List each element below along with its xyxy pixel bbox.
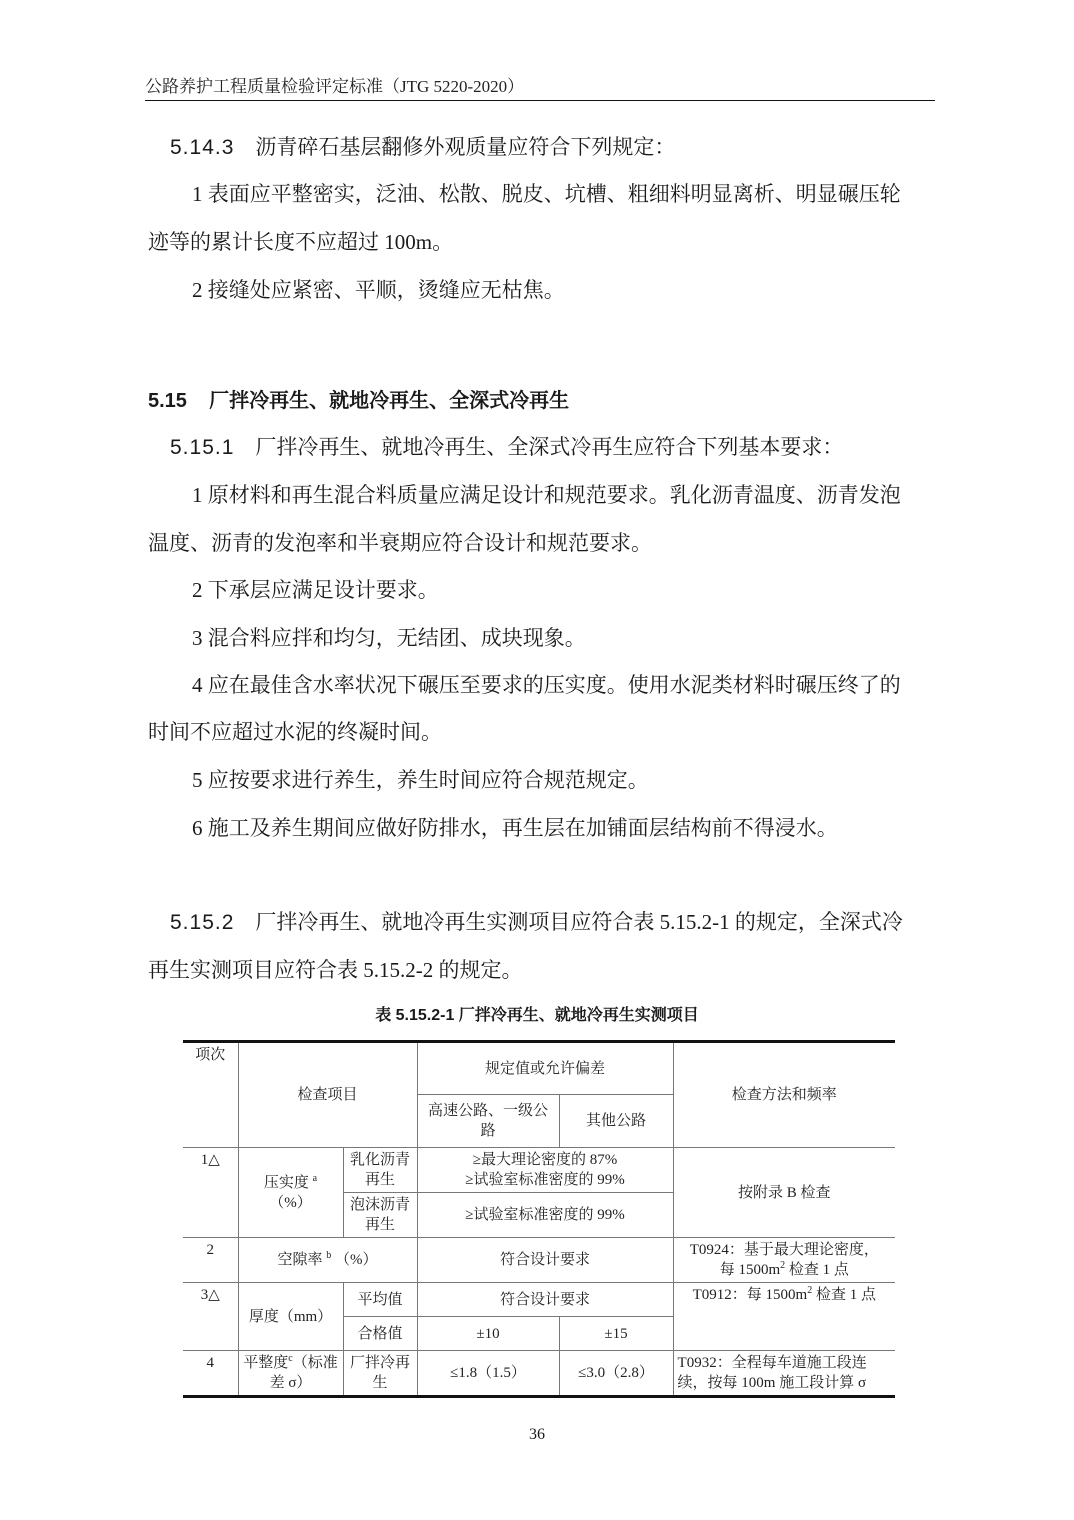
row-2-item-unit: （%） xyxy=(335,1252,378,1268)
clause-number: 5.15.1 xyxy=(170,436,234,459)
header-other-road: 其他公路 xyxy=(559,1095,673,1148)
row-3-sub-1-value: 符合设计要求 xyxy=(417,1283,673,1317)
clause-number: 5.14.3 xyxy=(170,136,234,159)
row-3-sub-1: 平均值 xyxy=(343,1283,417,1317)
row-1-sub-2-value: ≥试验室标准密度的 99% xyxy=(417,1193,673,1238)
row-2-value: 符合设计要求 xyxy=(417,1238,673,1283)
paragraph-line: 6 施工及养生期间应做好防排水，再生层在加铺面层结构前不得浸水。 xyxy=(192,814,838,842)
row-2-item: 空隙率 b （%） xyxy=(238,1238,417,1283)
row-3-item: 厚度（mm） xyxy=(238,1283,343,1351)
paragraph-line: 4 应在最佳含水率状况下碾压至要求的压实度。使用水泥类材料时碾压终了的 xyxy=(192,671,901,699)
inspection-table: 项次 检查项目 规定值或允许偏差 检查方法和频率 高速公路、一级公路 其他公路 … xyxy=(183,1040,895,1398)
header-spec-value: 规定值或允许偏差 xyxy=(417,1042,673,1095)
table-caption: 表 5.15.2-1 厂拌冷再生、就地冷再生实测项目 xyxy=(0,1005,1074,1027)
header-check-item: 检查项目 xyxy=(238,1042,417,1148)
header-highway: 高速公路、一级公路 xyxy=(417,1095,559,1148)
row-2-item-label: 空隙率 xyxy=(278,1252,323,1268)
row-1-no: 1△ xyxy=(183,1148,238,1238)
paragraph-line: 2 接缝处应紧密、平顺，烫缝应无枯焦。 xyxy=(192,276,565,304)
row-1-item-label: 压实度 xyxy=(264,1175,309,1191)
header-item-no: 项次 xyxy=(183,1042,238,1148)
paragraph-line: 时间不应超过水泥的终凝时间。 xyxy=(148,718,442,746)
row-4-item-label: 平整度 xyxy=(243,1355,288,1371)
paragraph-line: 再生实测项目应符合表 5.15.2-2 的规定。 xyxy=(148,956,523,984)
row-3-sub-2-highway: ±10 xyxy=(417,1317,559,1351)
row-3-sub-2-other: ±15 xyxy=(559,1317,673,1351)
method-line: T0912：每 1500m xyxy=(693,1287,808,1303)
row-3-sub-2: 合格值 xyxy=(343,1317,417,1351)
paragraph-line: 温度、沥青的发泡率和半衰期应符合设计和规范要求。 xyxy=(148,529,652,557)
paragraph-line: 1 表面应平整密实，泛油、松散、脱皮、坑槽、粗细料明显离析、明显碾压轮 xyxy=(192,180,901,208)
row-2-method: T0924：基于最大理论密度， 每 1500m2 检查 1 点 xyxy=(673,1238,895,1283)
header-method: 检查方法和频率 xyxy=(673,1042,895,1148)
value-line: ≥试验室标准密度的 99% xyxy=(465,1172,624,1188)
paragraph-line: 5 应按要求进行养生，养生时间应符合规范规定。 xyxy=(192,766,649,794)
row-1-item-unit: （%） xyxy=(269,1195,312,1211)
row-4-highway: ≤1.8（1.5） xyxy=(417,1351,559,1397)
page-number: 36 xyxy=(0,1426,1074,1444)
value-line: ≥最大理论密度的 87% xyxy=(473,1152,617,1168)
row-4-item: 平整度c（标准差 σ） xyxy=(238,1351,343,1397)
row-4-method: T0932：全程每车道施工段连续，按每 100m 施工段计算 σ xyxy=(673,1351,895,1397)
footnote-marker: a xyxy=(313,1173,317,1184)
section-heading-5-15: 5.15 厂拌冷再生、就地冷再生、全深式冷再生 xyxy=(148,387,569,415)
running-header: 公路养护工程质量检验评定标准（JTG 5220-2020） xyxy=(145,76,935,100)
row-2-no: 2 xyxy=(183,1238,238,1283)
row-3-method: T0912：每 1500m2 检查 1 点 xyxy=(673,1283,895,1351)
header-divider xyxy=(145,100,935,101)
row-4-no: 4 xyxy=(183,1351,238,1397)
clause-text: 厂拌冷再生、就地冷再生、全深式冷再生应符合下列基本要求： xyxy=(255,435,843,459)
row-1-sub-1: 乳化沥青再生 xyxy=(343,1148,417,1193)
row-1-item: 压实度 a （%） xyxy=(238,1148,343,1238)
clause-number: 5.15.2 xyxy=(170,911,234,934)
method-line: 检查 1 点 xyxy=(812,1287,876,1303)
section-number: 5.15 xyxy=(148,390,187,412)
row-1-method: 按附录 B 检查 xyxy=(673,1148,895,1238)
clause-5-14-3: 5.14.3 沥青碎石基层翻修外观质量应符合下列规定： xyxy=(170,133,675,162)
clause-5-15-2: 5.15.2 厂拌冷再生、就地冷再生实测项目应符合表 5.15.2-1 的规定，… xyxy=(170,908,903,937)
method-line: 每 1500m xyxy=(720,1262,780,1278)
row-1-sub-1-value: ≥最大理论密度的 87% ≥试验室标准密度的 99% xyxy=(417,1148,673,1193)
row-1-sub-2: 泡沫沥青再生 xyxy=(343,1193,417,1238)
row-4-other: ≤3.0（2.8） xyxy=(559,1351,673,1397)
row-3-no: 3△ xyxy=(183,1283,238,1351)
clause-5-15-1: 5.15.1 厂拌冷再生、就地冷再生、全深式冷再生应符合下列基本要求： xyxy=(170,433,843,462)
clause-text: 沥青碎石基层翻修外观质量应符合下列规定： xyxy=(255,135,675,159)
paragraph-line: 迹等的累计长度不应超过 100m。 xyxy=(148,228,453,256)
method-line: T0924：基于最大理论密度， xyxy=(690,1242,879,1258)
paragraph-line: 3 混合料应拌和均匀，无结团、成块现象。 xyxy=(192,624,586,652)
paragraph-line: 1 原材料和再生混合料质量应满足设计和规范要求。乳化沥青温度、沥青发泡 xyxy=(192,481,901,509)
clause-text: 厂拌冷再生、就地冷再生实测项目应符合表 5.15.2-1 的规定，全深式冷 xyxy=(255,910,903,934)
paragraph-line: 2 下承层应满足设计要求。 xyxy=(192,576,439,604)
row-4-sub: 厂拌冷再生 xyxy=(343,1351,417,1397)
footnote-marker: b xyxy=(326,1250,331,1261)
section-title: 厂拌冷再生、就地冷再生、全深式冷再生 xyxy=(209,390,569,412)
method-line: 检查 1 点 xyxy=(785,1262,849,1278)
